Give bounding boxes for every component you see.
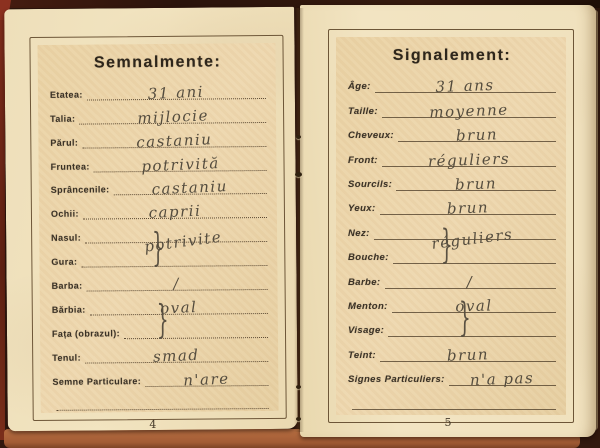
- field-value-handwritten: brun: [456, 125, 499, 144]
- field-line: }potrivite: [85, 227, 267, 244]
- field-value-handwritten: caprii: [148, 202, 201, 222]
- field-line: 31 ans: [375, 78, 556, 93]
- field-label: Tenul:: [52, 352, 81, 363]
- right-page: Signalement: Âge:31 ansTaille:moyenneChe…: [300, 5, 596, 437]
- field-value-handwritten: castaniu: [136, 130, 213, 151]
- field-label: Âge:: [348, 81, 371, 93]
- field-row: Teint:brun: [348, 337, 556, 361]
- field-line: castaniu: [113, 179, 266, 195]
- field-row: Părul:castaniu: [50, 123, 266, 149]
- stitch-knot: [296, 417, 301, 421]
- field-line: }réguliers: [374, 225, 556, 240]
- field-label: Talia:: [50, 113, 75, 124]
- field-row: Yeux:brun: [348, 191, 556, 215]
- field-value-handwritten: mijlocie: [137, 106, 209, 127]
- field-line: [81, 251, 267, 268]
- field-line: /: [86, 275, 267, 292]
- field-label: Părul:: [50, 137, 78, 148]
- field-label: Teint:: [348, 350, 376, 362]
- right-page-panel: Signalement: Âge:31 ansTaille:moyenneChe…: [336, 37, 566, 415]
- field-label: Yeux:: [348, 203, 376, 215]
- left-page-frame: Semnalmente: Etatea:31 aniTalia:mijlocie…: [29, 35, 286, 421]
- field-row: Fruntea:potrivită: [50, 147, 266, 173]
- right-page-frame: Signalement: Âge:31 ansTaille:moyenneChe…: [328, 29, 574, 423]
- binding-crease: [299, 10, 300, 430]
- field-line: }oval: [90, 299, 268, 316]
- field-label: Menton:: [348, 301, 388, 313]
- field-line: réguliers: [382, 152, 556, 167]
- field-row: Bărbia:}oval: [52, 290, 268, 316]
- field-row: Menton:}oval: [348, 289, 556, 313]
- field-label: Taille:: [348, 106, 378, 118]
- right-page-number: 5: [300, 416, 596, 429]
- field-value-handwritten: 31 ans: [435, 76, 495, 96]
- field-label: Ochii:: [51, 209, 79, 220]
- field-value-handwritten: smad: [153, 345, 200, 365]
- field-row: Visage:: [348, 313, 556, 337]
- field-line: [124, 323, 268, 339]
- field-label: Front:: [348, 155, 378, 167]
- field-value-handwritten: brun: [455, 174, 498, 193]
- field-line: n'a pas: [449, 371, 556, 386]
- field-line: [388, 322, 556, 337]
- field-label: Bouche:: [348, 252, 389, 264]
- field-row: Ochii:caprii: [51, 194, 267, 220]
- field-value-handwritten: /: [173, 275, 180, 293]
- field-line: moyenne: [382, 103, 556, 118]
- field-value-handwritten: oval: [455, 296, 493, 315]
- field-line: mijlocie: [79, 108, 266, 125]
- field-label: Bărbia:: [52, 304, 86, 315]
- field-label: Sprâncenile:: [51, 185, 110, 197]
- field-row: Nez:}réguliers: [348, 215, 556, 239]
- left-page-panel: Semnalmente: Etatea:31 aniTalia:mijlocie…: [37, 43, 278, 413]
- field-label: Fața (obrazul):: [52, 328, 120, 340]
- field-line: /: [385, 274, 557, 289]
- field-line: [352, 395, 556, 410]
- field-line: 31 ani: [87, 84, 266, 101]
- left-page-fields: Etatea:31 aniTalia:mijlociePărul:castani…: [50, 75, 269, 411]
- field-row: Cheveux:brun: [348, 118, 556, 142]
- field-value-handwritten: brun: [446, 199, 489, 218]
- field-line: potrivită: [94, 156, 267, 173]
- field-value-handwritten: n'are: [183, 369, 230, 389]
- field-label: Barbe:: [348, 277, 381, 289]
- field-label: Signes Particuliers:: [348, 374, 445, 386]
- scanned-booklet-photo: Semnalmente: Etatea:31 aniTalia:mijlocie…: [0, 0, 600, 448]
- field-label: Semne Particulare:: [52, 376, 141, 388]
- stitch-knot: [296, 385, 301, 389]
- field-value-handwritten: oval: [160, 298, 198, 318]
- left-page-title: Semnalmente:: [50, 53, 266, 73]
- field-label: Visage:: [348, 325, 384, 337]
- field-label: Nez:: [348, 228, 370, 240]
- field-row: Nasul:}potrivite: [51, 218, 267, 244]
- field-label: Sourcils:: [348, 179, 392, 191]
- field-value-handwritten: 31 ani: [148, 82, 205, 102]
- field-row: Signes Particuliers:n'a pas: [348, 362, 556, 386]
- field-value-handwritten: réguliers: [428, 149, 511, 170]
- field-row: Semne Particulare:n'are: [52, 362, 268, 388]
- field-line: castaniu: [82, 132, 266, 149]
- field-line: }oval: [392, 298, 556, 313]
- left-page: Semnalmente: Etatea:31 aniTalia:mijlocie…: [4, 7, 298, 432]
- field-value-handwritten: brun: [447, 345, 490, 364]
- field-line: brun: [398, 127, 556, 142]
- field-line: smad: [85, 347, 268, 364]
- field-value-handwritten: potrivită: [141, 154, 220, 175]
- stitch-knot: [295, 172, 302, 177]
- field-line: [57, 394, 269, 411]
- field-line: caprii: [83, 203, 267, 220]
- field-row: Etatea:31 ani: [50, 75, 266, 101]
- field-line: brun: [380, 347, 556, 362]
- field-row: Âge:31 ans: [348, 69, 556, 93]
- field-label: Fruntea:: [50, 161, 89, 172]
- field-label: Nasul:: [51, 233, 81, 244]
- field-label: Cheveux:: [348, 130, 394, 142]
- field-row: [348, 386, 556, 410]
- field-line: [393, 249, 556, 264]
- right-page-fields: Âge:31 ansTaille:moyenneCheveux:brunFron…: [348, 69, 556, 410]
- field-value-handwritten: n'a pas: [470, 369, 535, 389]
- field-row: Sourcils:brun: [348, 167, 556, 191]
- field-row: [52, 386, 268, 412]
- field-row: Taille:moyenne: [348, 93, 556, 117]
- stitch-knot: [296, 135, 301, 139]
- field-line: n'are: [145, 371, 268, 387]
- field-label: Barba:: [52, 281, 83, 292]
- field-row: Front:réguliers: [348, 142, 556, 166]
- field-value-handwritten: /: [467, 272, 474, 290]
- left-page-number: 4: [8, 417, 298, 433]
- field-label: Gura:: [51, 257, 77, 268]
- right-page-title: Signalement:: [348, 47, 556, 65]
- field-line: brun: [380, 200, 556, 215]
- field-value-handwritten: moyenne: [429, 100, 509, 121]
- field-line: brun: [396, 176, 556, 191]
- field-row: Talia:mijlocie: [50, 99, 266, 125]
- field-label: Etatea:: [50, 89, 83, 100]
